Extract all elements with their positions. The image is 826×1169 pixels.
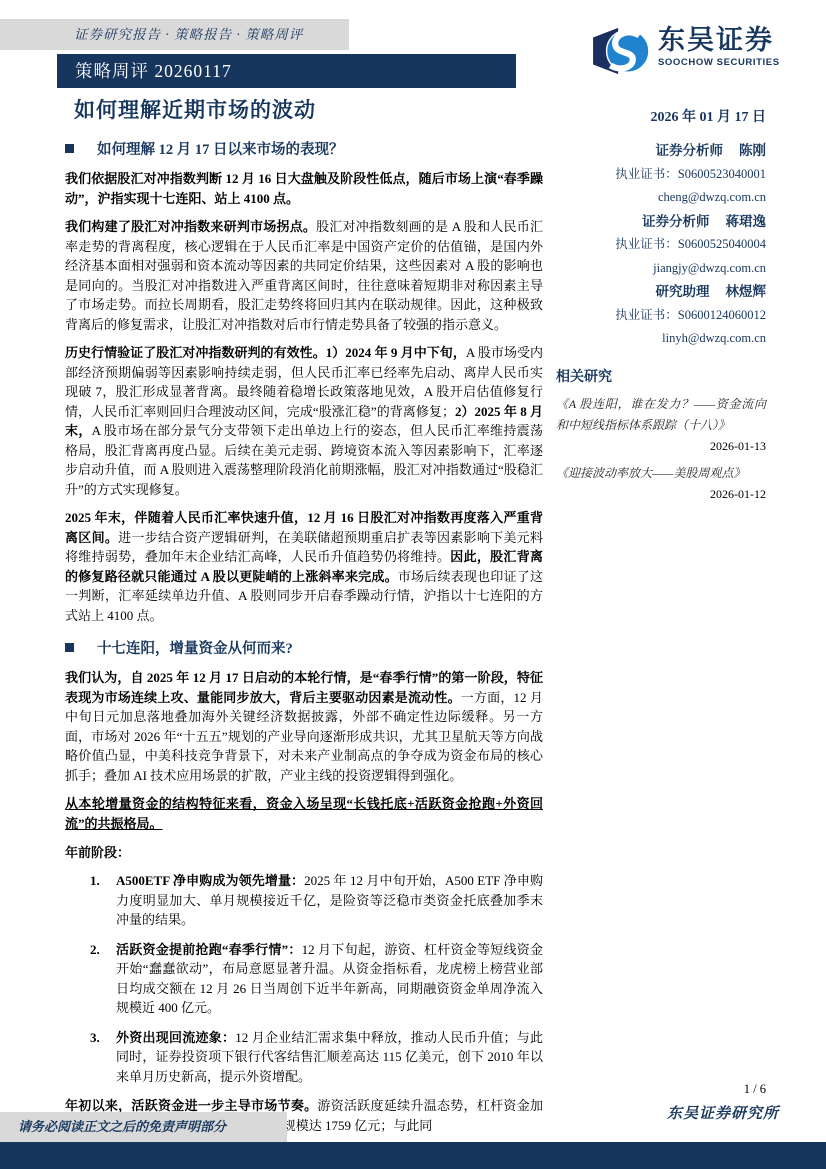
analyst-role-line: 证券分析师陈刚 xyxy=(556,139,766,163)
page-number: 1 / 6 xyxy=(744,1082,766,1097)
body-paragraph: 2025 年末，伴随着人民币汇率快速升值，12 月 16 日股汇对冲指数再度落入… xyxy=(65,508,543,625)
side-panel: 证券分析师陈刚执业证书：S0600523040001cheng@dwzq.com… xyxy=(556,139,766,511)
stage-label: 年前阶段： xyxy=(65,842,543,861)
analyst-license-number: S0600525040004 xyxy=(678,237,766,251)
section-heading-text: 如何理解 12 月 17 日以来市场的表现？ xyxy=(97,138,344,159)
related-research-item: 《A 股连阳，谁在发力？——资金流向和中短线指标体系跟踪（十八）》2026-01… xyxy=(556,394,766,457)
related-research-date: 2026-01-12 xyxy=(556,484,766,505)
soochow-logo-icon xyxy=(592,25,650,77)
analyst-name: 蒋珺逸 xyxy=(726,210,767,234)
text-segment: A500ETF 净申购成为领先增量： xyxy=(116,873,304,888)
analyst-email: jiangjy@dwzq.com.cn xyxy=(556,257,766,281)
related-research-date: 2026-01-13 xyxy=(556,436,766,457)
list-item-number: 1. xyxy=(90,871,116,930)
report-series-banner: 策略周评 20260117 xyxy=(57,54,516,88)
text-segment: 我们构建了股汇对冲指数来研判市场拐点。 xyxy=(65,219,316,234)
analyst-name: 陈刚 xyxy=(739,139,766,163)
brand-lockup: 东吴证券 SOOCHOW SECURITIES xyxy=(592,25,780,77)
analyst-license: 执业证书：S0600525040004 xyxy=(556,233,766,257)
analyst-role-line: 研究助理林煜辉 xyxy=(556,280,766,304)
list-item-number: 2. xyxy=(90,940,116,1018)
list-item-text: 活跃资金提前抢跑“春季行情”：12 月下旬起，游资、杠杆资金等短线资金开始“蠢蠢… xyxy=(116,940,543,1018)
list-item: 2.活跃资金提前抢跑“春季行情”：12 月下旬起，游资、杠杆资金等短线资金开始“… xyxy=(65,940,543,1018)
report-body: 如何理解 12 月 17 日以来市场的表现？我们依据股汇对冲指数判断 12 月 … xyxy=(65,138,543,1144)
list-item: 3.外资出现回流迹象：12 月企业结汇需求集中释放，推动人民币升值；与此同时，证… xyxy=(65,1028,543,1087)
related-research-heading: 相关研究 xyxy=(556,366,766,386)
analyst-role: 证券分析师 xyxy=(642,210,710,234)
analyst-license-label: 执业证书： xyxy=(615,308,678,322)
related-research-title: 《A 股连阳，谁在发力？——资金流向和中短线指标体系跟踪（十八）》 xyxy=(556,394,766,436)
analyst-license-number: S0600523040001 xyxy=(678,167,766,181)
analyst-license: 执业证书：S0600523040001 xyxy=(556,163,766,187)
text-segment: 历史行情验证了股汇对冲指数研判的有效性。1）2024 年 9 月中下旬， xyxy=(65,345,466,360)
body-paragraph: 我们认为，自 2025 年 12 月 17 日启动的本轮行情，是“春季行情”的第… xyxy=(65,668,543,785)
report-series-title: 策略周评 20260117 xyxy=(57,54,516,88)
body-paragraph: 从本轮增量资金的结构特征来看，资金入场呈现“长钱托底+活跃资金抢跑+外资回流”的… xyxy=(65,794,543,833)
list-item: 1.A500ETF 净申购成为领先增量：2025 年 12 月中旬开始，A500… xyxy=(65,871,543,930)
square-bullet-icon xyxy=(65,643,74,652)
text-segment: 股汇对冲指数刻画的是 A 股和人民币汇率走势的背离程度，核心逻辑在于人民币汇率是… xyxy=(65,219,543,332)
analyst-license: 执业证书：S0600124060012 xyxy=(556,304,766,328)
analyst-list: 证券分析师陈刚执业证书：S0600523040001cheng@dwzq.com… xyxy=(556,139,766,351)
analyst-role: 研究助理 xyxy=(656,280,710,304)
analyst-name: 林煜辉 xyxy=(726,280,767,304)
section-heading: 十七连阳，增量资金从何而来? xyxy=(65,637,543,658)
related-research-list: 《A 股连阳，谁在发力？——资金流向和中短线指标体系跟踪（十八）》2026-01… xyxy=(556,394,766,505)
analyst-entry: 证券分析师蒋珺逸执业证书：S0600525040004jiangjy@dwzq.… xyxy=(556,210,766,281)
analyst-license-number: S0600124060012 xyxy=(678,308,766,322)
report-title: 如何理解近期市场的波动 xyxy=(74,94,316,124)
text-segment: 外资出现回流迹象： xyxy=(116,1030,235,1045)
section-heading: 如何理解 12 月 17 日以来市场的表现？ xyxy=(65,138,543,159)
brand-text: 东吴证券 SOOCHOW SECURITIES xyxy=(658,25,780,68)
analyst-email: cheng@dwzq.com.cn xyxy=(556,186,766,210)
brand-name-cn: 东吴证券 xyxy=(658,25,780,55)
related-research-item: 《迎接波动率放大——美股周观点》2026-01-12 xyxy=(556,463,766,505)
text-segment: A 股市场在部分景气分支带领下走出单边上行的姿态，但人民币汇率维持震荡格局，股汇… xyxy=(65,423,543,497)
report-type-bar: 证券研究报告 · 策略报告 · 策略周评 xyxy=(0,19,349,50)
text-segment: 活跃资金提前抢跑“春季行情”： xyxy=(116,942,302,957)
analyst-email: linyh@dwzq.com.cn xyxy=(556,327,766,351)
list-item-text: 外资出现回流迹象：12 月企业结汇需求集中释放，推动人民币升值；与此同时，证券投… xyxy=(116,1028,543,1087)
body-paragraph: 我们依据股汇对冲指数判断 12 月 16 日大盘触及阶段性低点，随后市场上演“春… xyxy=(65,169,543,208)
report-page: 证券研究报告 · 策略报告 · 策略周评 东吴证券 SOOCHOW SECURI… xyxy=(0,0,826,1169)
text-segment: 我们依据股汇对冲指数判断 12 月 16 日大盘触及阶段性低点，随后市场上演“春… xyxy=(65,171,543,206)
text-segment: 年初以来，活跃资金进一步主导市场节奏。 xyxy=(65,1098,317,1113)
report-type-text: 证券研究报告 · 策略报告 · 策略周评 xyxy=(0,19,349,50)
section-heading-text: 十七连阳，增量资金从何而来? xyxy=(97,637,293,658)
related-research: 相关研究 《A 股连阳，谁在发力？——资金流向和中短线指标体系跟踪（十八）》20… xyxy=(556,366,766,505)
body-paragraph: 我们构建了股汇对冲指数来研判市场拐点。股汇对冲指数刻画的是 A 股和人民币汇率走… xyxy=(65,217,543,334)
square-bullet-icon xyxy=(65,144,74,153)
footer-bar xyxy=(0,1142,826,1169)
analyst-entry: 研究助理林煜辉执业证书：S0600124060012linyh@dwzq.com… xyxy=(556,280,766,351)
brand-name-en: SOOCHOW SECURITIES xyxy=(658,57,780,68)
text-segment: 从本轮增量资金的结构特征来看，资金入场呈现“长钱托底+活跃资金抢跑+外资回流”的… xyxy=(65,796,543,831)
list-item-text: A500ETF 净申购成为领先增量：2025 年 12 月中旬开始，A500 E… xyxy=(116,871,543,930)
report-date: 2026 年 01 月 17 日 xyxy=(556,106,766,126)
body-paragraph: 历史行情验证了股汇对冲指数研判的有效性。1）2024 年 9 月中下旬，A 股市… xyxy=(65,343,543,499)
analyst-entry: 证券分析师陈刚执业证书：S0600523040001cheng@dwzq.com… xyxy=(556,139,766,210)
analyst-role: 证券分析师 xyxy=(656,139,724,163)
analyst-license-label: 执业证书： xyxy=(615,167,678,181)
disclaimer-text: 请务必阅读正文之后的免责声明部分 xyxy=(0,1112,287,1142)
analyst-role-line: 证券分析师蒋珺逸 xyxy=(556,210,766,234)
analyst-license-label: 执业证书： xyxy=(615,237,678,251)
list-item-number: 3. xyxy=(90,1028,116,1087)
institute-name: 东吴证券研究所 xyxy=(667,1102,779,1123)
disclaimer-box: 请务必阅读正文之后的免责声明部分 xyxy=(0,1112,287,1142)
related-research-title: 《迎接波动率放大——美股周观点》 xyxy=(556,463,766,484)
